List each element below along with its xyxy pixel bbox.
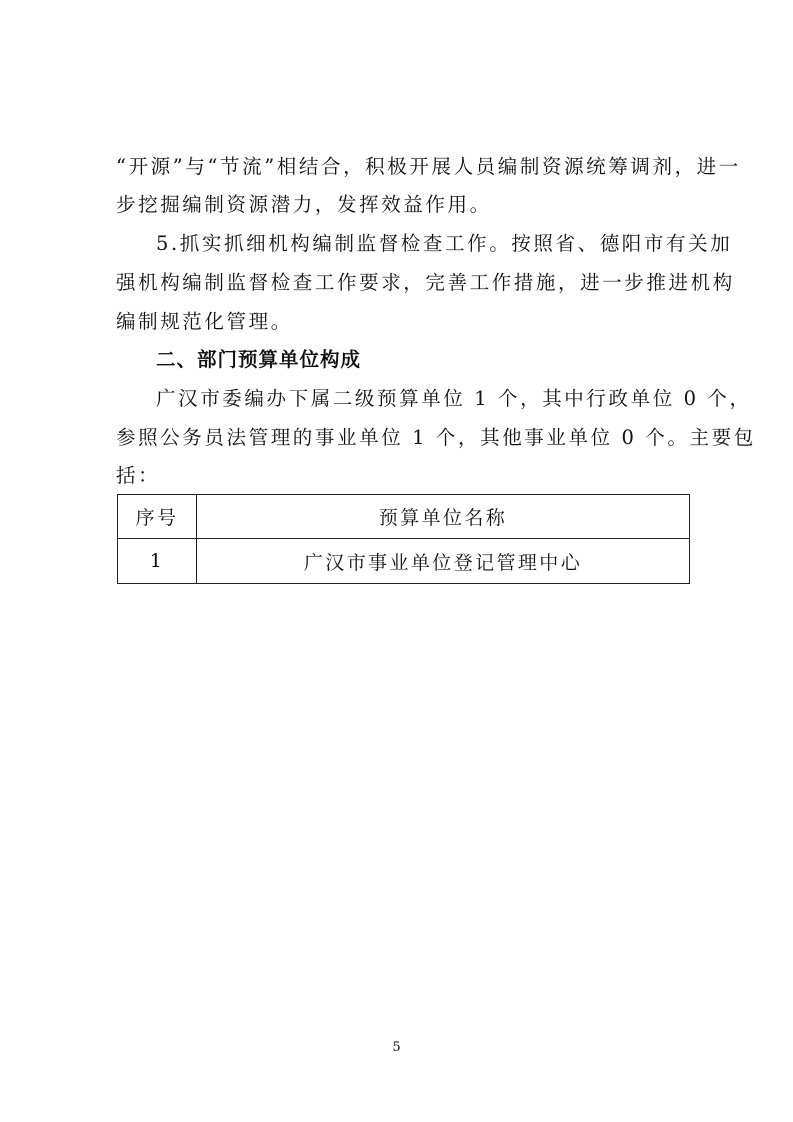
paragraph-line: 步挖掘编制资源潜力，发挥效益作用。 (116, 193, 696, 217)
paragraph-line: 编制规范化管理。 (116, 310, 696, 334)
cell-unit-name: 广汉市事业单位登记管理中心 (197, 539, 690, 584)
paragraph-line: 强机构编制监督检查工作要求，完善工作措施，进一步推进机构 (116, 271, 696, 295)
table-row: 1 广汉市事业单位登记管理中心 (118, 539, 690, 584)
header-unit-name: 预算单位名称 (197, 495, 690, 539)
paragraph-line: “开源”与“节流”相结合，积极开展人员编制资源统筹调剂，进一 (116, 155, 696, 179)
table-header-row: 序号 预算单位名称 (118, 495, 690, 539)
cell-serial-number: 1 (118, 539, 197, 584)
paragraph-line: 5.抓实抓细机构编制监督检查工作。按照省、德阳市有关加 (156, 232, 696, 256)
section-heading: 二、部门预算单位构成 (156, 348, 361, 372)
header-serial-number: 序号 (118, 495, 197, 539)
budget-units-table: 序号 预算单位名称 1 广汉市事业单位登记管理中心 (117, 494, 690, 584)
page-number: 5 (0, 1040, 793, 1055)
paragraph-line: 括： (116, 464, 696, 488)
paragraph-line: 参照公务员法管理的事业单位 1 个，其他事业单位 0 个。主要包 (116, 426, 696, 450)
paragraph-line: 广汉市委编办下属二级预算单位 1 个，其中行政单位 0 个， (156, 387, 696, 411)
